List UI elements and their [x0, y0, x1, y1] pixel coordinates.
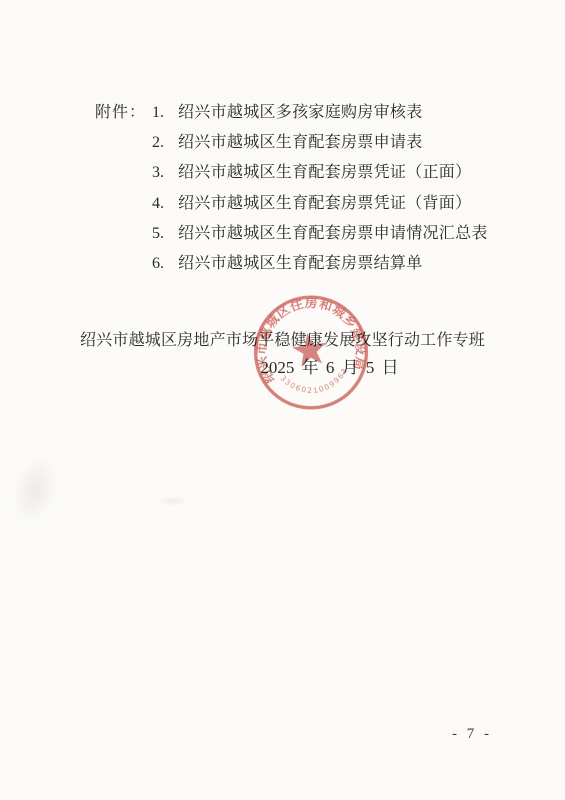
attachment-number: 4.: [152, 189, 178, 219]
attachment-number: 5.: [152, 219, 178, 249]
document-page: 附件： 1. 绍兴市越城区多孩家庭购房审核表 2. 绍兴市越城区生育配套房票申请…: [0, 0, 565, 800]
attachment-number: 2.: [152, 128, 178, 158]
attachment-item: 附件： 1. 绍兴市越城区多孩家庭购房审核表: [95, 98, 488, 128]
attachments-list: 附件： 1. 绍兴市越城区多孩家庭购房审核表 2. 绍兴市越城区生育配套房票申请…: [95, 98, 488, 279]
attachments-label: 附件：: [95, 98, 152, 128]
attachment-item: 6. 绍兴市越城区生育配套房票结算单: [95, 249, 488, 279]
attachment-number: 6.: [152, 249, 178, 279]
scan-smudge: [160, 497, 186, 505]
attachment-title: 绍兴市越城区多孩家庭购房审核表: [178, 98, 423, 128]
signature-date-line: 2025 年 6 月 5 日: [0, 353, 565, 378]
attachment-item: 4. 绍兴市越城区生育配套房票凭证（背面）: [95, 189, 488, 219]
attachment-item: 2. 绍兴市越城区生育配套房票申请表: [95, 128, 488, 158]
attachment-title: 绍兴市越城区生育配套房票申请表: [178, 128, 423, 158]
page-number: - 7 -: [452, 726, 492, 743]
attachment-number: 1.: [152, 98, 178, 128]
signature-date: 2025 年 6 月 5 日: [260, 358, 398, 377]
attachment-item: 3. 绍兴市越城区生育配套房票凭证（正面）: [95, 158, 488, 188]
scan-smudge: [6, 451, 65, 529]
issuer-signature: 绍兴市越城区房地产市场平稳健康发展攻坚行动工作专班: [0, 327, 565, 350]
attachment-title: 绍兴市越城区生育配套房票凭证（正面）: [178, 158, 471, 188]
attachment-number: 3.: [152, 158, 178, 188]
attachment-title: 绍兴市越城区生育配套房票凭证（背面）: [178, 189, 471, 219]
attachment-item: 5. 绍兴市越城区生育配套房票申请情况汇总表: [95, 219, 488, 249]
attachment-title: 绍兴市越城区生育配套房票申请情况汇总表: [178, 219, 488, 249]
attachment-title: 绍兴市越城区生育配套房票结算单: [178, 249, 423, 279]
